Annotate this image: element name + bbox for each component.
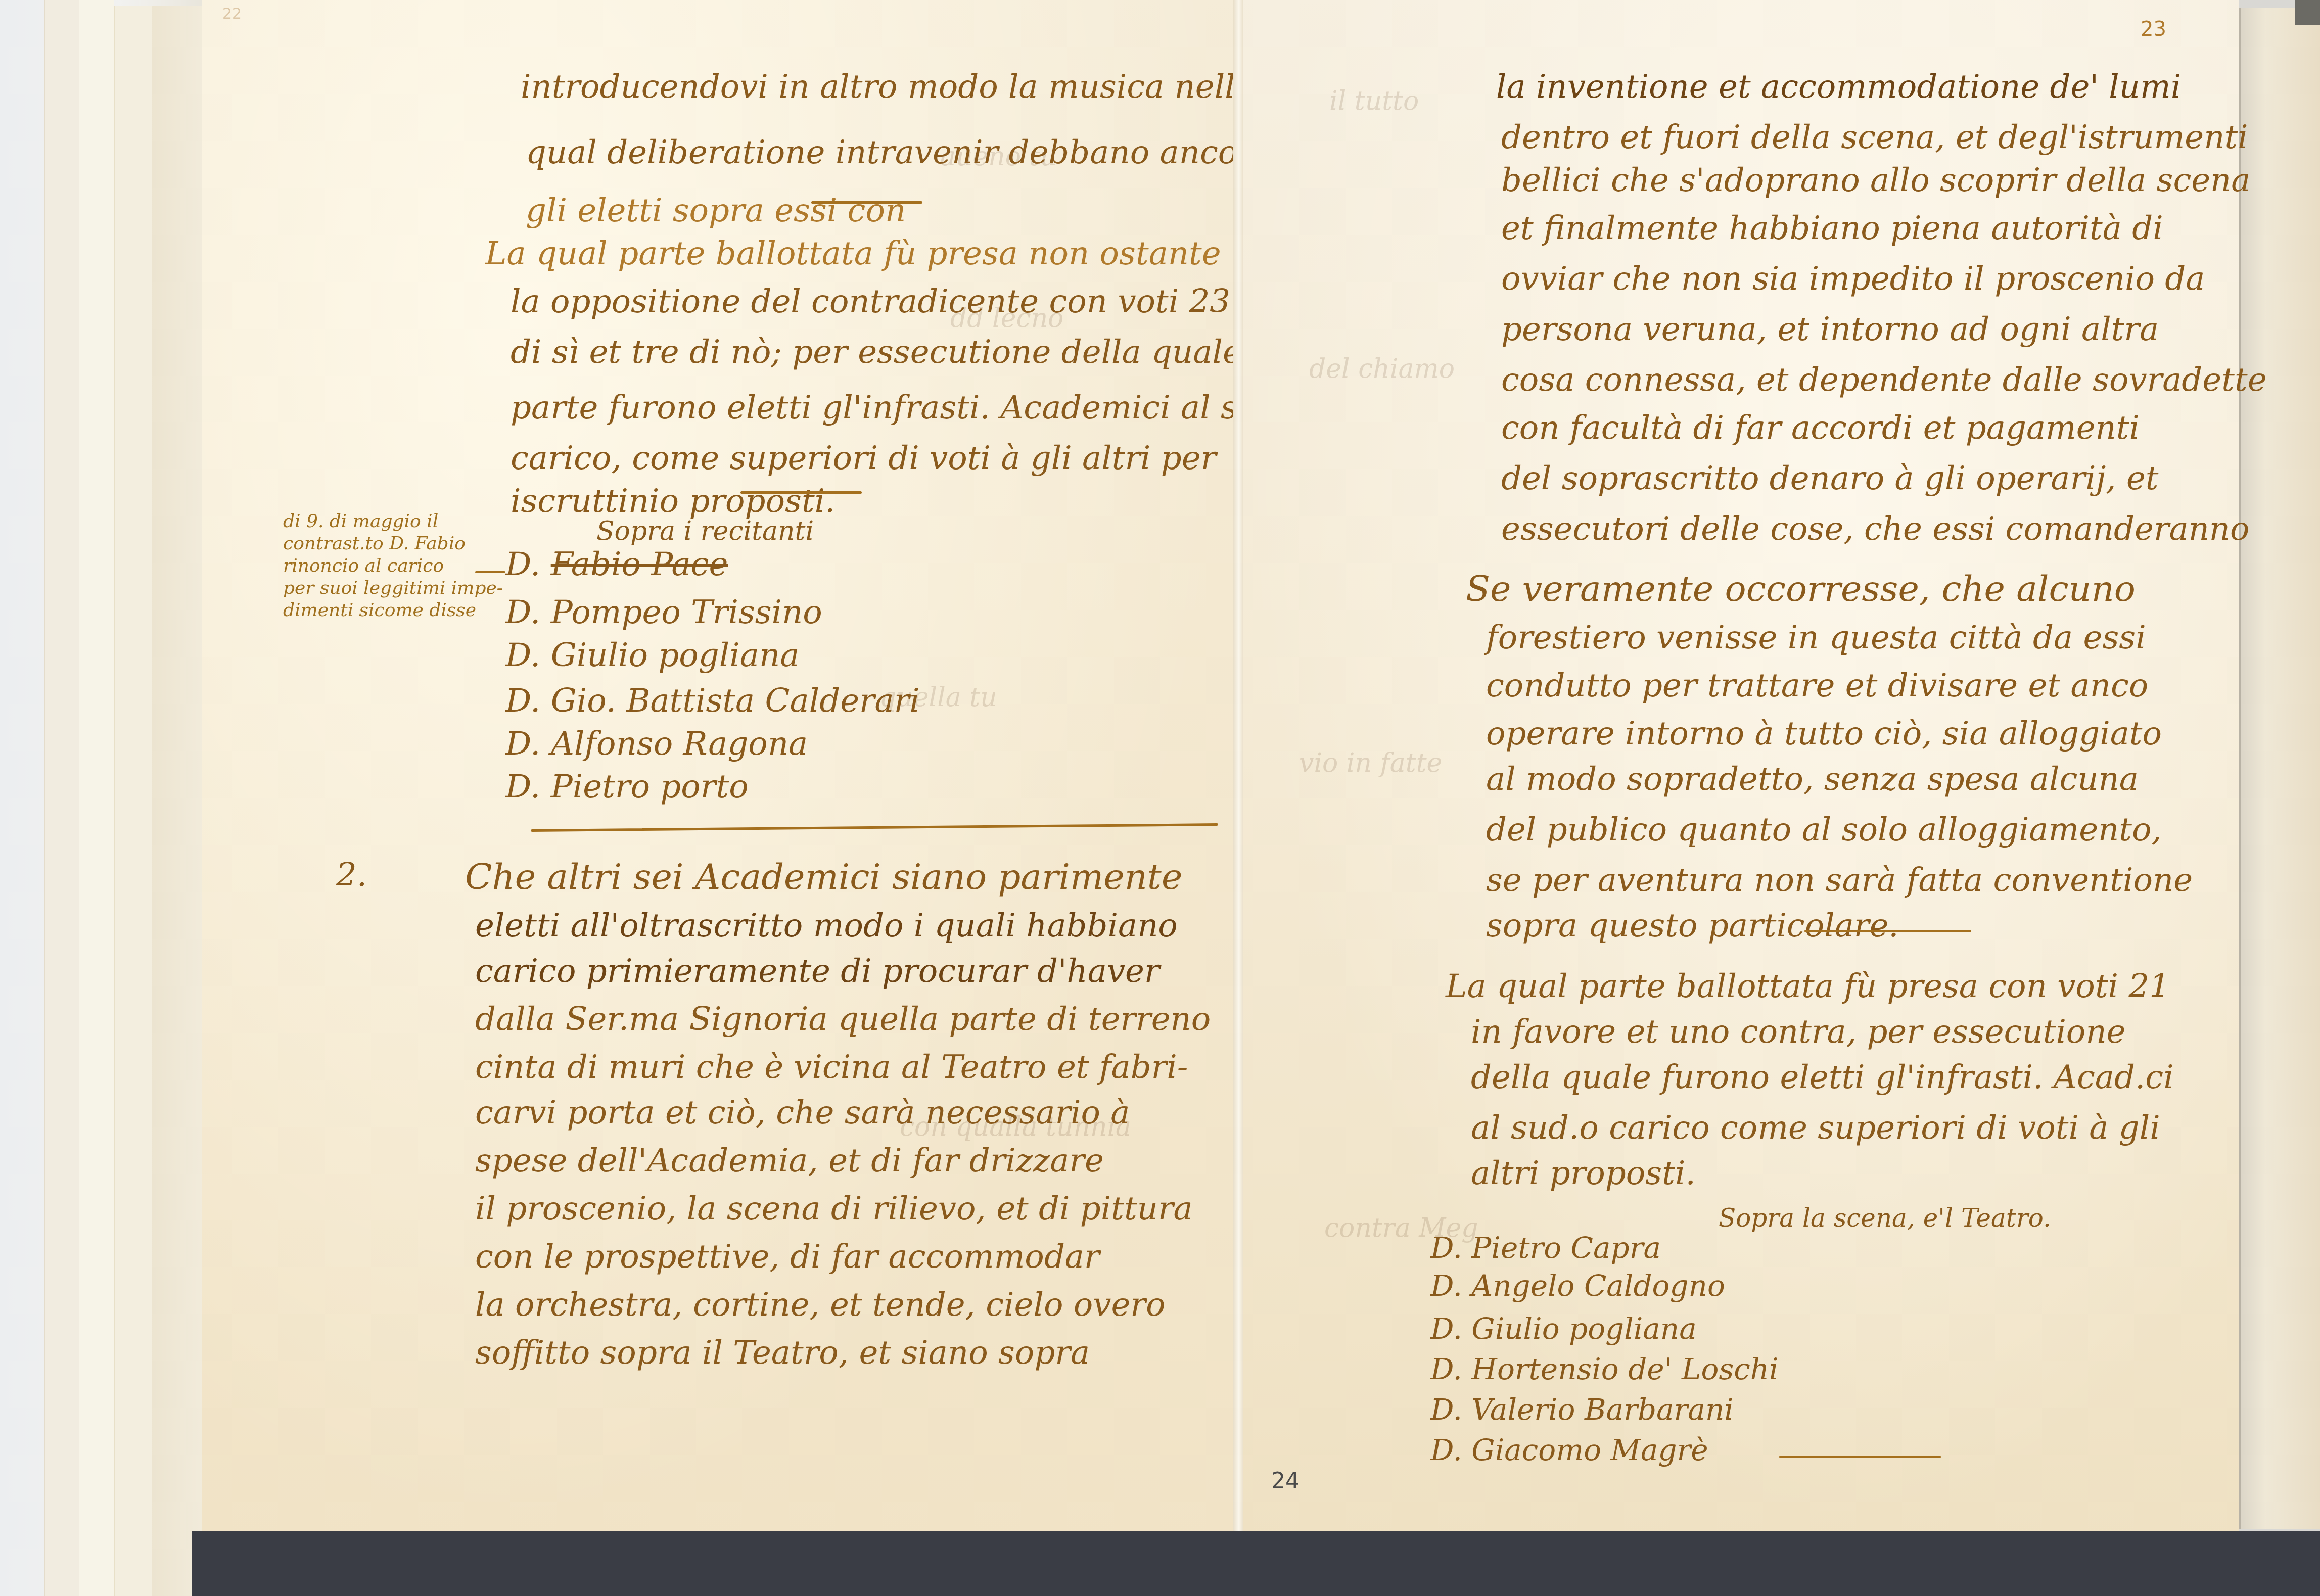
member-name: Giulio pogliana — [551, 637, 800, 674]
list-heading: Sopra i recitanti — [596, 518, 814, 544]
paragraph-line: condutto per trattare et divisare et anc… — [1486, 670, 2148, 702]
member-prefix: D. — [1430, 1311, 1462, 1346]
member-prefix: D. — [505, 682, 540, 720]
motion-line: La qual parte ballottata fù presa con vo… — [1446, 970, 2170, 1003]
section-line: soffitto sopra il Teatro, et siano sopra — [475, 1337, 1090, 1369]
body-line: con facultà di far accordi et pagamenti — [1501, 412, 2140, 444]
member-prefix: D. — [505, 594, 540, 631]
motion-line: iscruttinio proposti. — [511, 485, 835, 518]
left-page: 22 aueno tu dd lecno quella tu con quall… — [202, 0, 1234, 1531]
member-item: D. Giulio pogliana — [505, 639, 799, 672]
member-prefix: D. — [505, 546, 540, 583]
member-name: Giulio pogliana — [1471, 1311, 1696, 1346]
paragraph-line: forestiero venisse in questa città da es… — [1486, 622, 2146, 654]
body-line: la inventione et accommodatione de' lumi — [1496, 71, 2181, 103]
motion-line: altri proposti. — [1471, 1157, 1696, 1190]
motion-line: La qual parte ballottata fù presa non os… — [485, 238, 1221, 270]
member-name: Giacomo Magrè — [1471, 1433, 1708, 1467]
member-name: Pietro Capra — [1471, 1231, 1661, 1265]
member-item: D. Gio. Battista Calderari — [505, 685, 920, 717]
section-number: 2. — [336, 859, 367, 891]
body-line: introducendovi in altro modo la musica n… — [521, 71, 1255, 103]
section-line: carico primieramente di procurar d'haver — [475, 955, 1160, 988]
member-prefix: D. — [1430, 1392, 1462, 1427]
member-item: D. Alfonso Ragona — [505, 728, 808, 760]
body-line: dentro et fuori della scena, et degl'ist… — [1501, 121, 2248, 154]
mount-board — [79, 0, 114, 1596]
section-divider-rule — [531, 823, 1218, 832]
margin-note: di 9. di maggio il contrast.to D. Fabio … — [283, 510, 503, 622]
body-line: bellici che s'adoprano allo scoprir dell… — [1501, 164, 2250, 197]
paragraph-line: operare intorno à tutto ciò, sia alloggi… — [1486, 718, 2162, 750]
section-line: Che altri sei Academici siano parimente — [465, 859, 1182, 895]
pencil-folio-number: 24 — [1271, 1468, 1300, 1494]
member-prefix: D. — [505, 768, 540, 806]
body-line: et finalmente habbiano piena autorità di — [1501, 212, 2163, 245]
motion-line: parte furono eletti gl'infrasti. Academi… — [511, 392, 1309, 424]
motion-line: in favore et uno contra, per essecutione — [1471, 1016, 2125, 1048]
motion-line: al sud.o carico come superiori di voti à… — [1471, 1112, 2160, 1144]
margin-note-line: contrast.to D. Fabio — [283, 533, 503, 555]
left-page-number: 22 — [222, 5, 242, 23]
mount-edge — [44, 0, 80, 1596]
body-line: del soprascritto denaro à gli operarij, … — [1501, 462, 2159, 495]
motion-line: di sì et tre di nò; per essecutione dell… — [511, 336, 1242, 368]
body-line: essecutori delle cose, che essi comander… — [1501, 513, 2250, 545]
paragraph-line: se per aventura non sarà fatta conventio… — [1486, 864, 2193, 897]
margin-note-line: per suoi leggitimi impe- — [283, 577, 503, 599]
list-heading: Sopra la scena, e'l Teatro. — [1719, 1205, 2051, 1231]
right-page: 23 il tutto del chiamo vio in fatte cont… — [1243, 0, 2239, 1531]
member-prefix: D. — [505, 637, 540, 674]
section-line: il proscenio, la scena di rilievo, et di… — [475, 1193, 1193, 1225]
margin-pointer-line — [475, 571, 505, 573]
paragraph-line: sopra questo particolare. — [1486, 910, 1899, 942]
member-name-struck: Fabio Pace — [551, 546, 728, 583]
body-line: gli eletti sopra essi con — [526, 195, 906, 227]
motion-line: della quale furono eletti gl'infrasti. A… — [1471, 1061, 2174, 1094]
margin-note-line: rinoncio al carico — [283, 555, 503, 577]
section-line: carvi porta et ciò, che sarà necessario … — [475, 1097, 1130, 1129]
member-item: D. Giacomo Magrè — [1430, 1435, 1708, 1465]
member-prefix: D. — [505, 725, 540, 763]
right-page-number: 23 — [2141, 18, 2166, 41]
member-prefix: D. — [1430, 1231, 1462, 1265]
body-line: qual deliberatione intravenir debbano an… — [526, 136, 1237, 169]
member-prefix: D. — [1430, 1352, 1462, 1386]
guard-strip — [114, 6, 153, 1596]
margin-note-line: di 9. di maggio il — [283, 510, 503, 533]
body-line: ovviar che non sia impedito il proscenio… — [1501, 263, 2205, 295]
section-line: con le prospettive, di far accommodar — [475, 1241, 1100, 1273]
member-name: Valerio Barbarani — [1471, 1392, 1734, 1427]
member-name: Angelo Caldogno — [1471, 1269, 1725, 1303]
paragraph-line: al modo sopradetto, senza spesa alcuna — [1486, 763, 2139, 795]
member-name: Pietro porto — [551, 768, 749, 806]
body-line: cosa connessa, et dependente dalle sovra… — [1501, 364, 2267, 396]
member-item: D. Fabio Pace — [505, 548, 728, 581]
line-filler-rule — [1779, 1456, 1941, 1458]
member-prefix: D. — [1430, 1433, 1462, 1467]
member-item: D. Pietro Capra — [1430, 1233, 1661, 1262]
member-item: D. Hortensio de' Loschi — [1430, 1354, 1779, 1384]
member-name: Gio. Battista Calderari — [551, 682, 920, 720]
book-gutter — [1233, 0, 1244, 1531]
bottom-board — [192, 1531, 2320, 1596]
line-filler-rule — [740, 491, 862, 494]
line-filler-rule — [811, 201, 922, 204]
section-line: cinta di muri che è vicina al Teatro et … — [475, 1051, 1188, 1084]
section-line: spese dell'Academia, et di far drizzare — [475, 1145, 1104, 1177]
motion-line: carico, come superiori di voti à gli alt… — [511, 442, 1216, 475]
motion-line: la oppositione del contradicente con vot… — [511, 286, 1230, 318]
member-item: D. Giulio pogliana — [1430, 1314, 1697, 1343]
margin-note-line: dimenti sicome disse — [283, 599, 503, 622]
section-line: dalla Ser.ma Signoria quella parte di te… — [475, 1003, 1211, 1036]
member-item: D. Valerio Barbarani — [1430, 1395, 1734, 1424]
member-item: D. Pompeo Trissino — [505, 596, 822, 629]
member-prefix: D. — [1430, 1269, 1462, 1303]
section-line: la orchestra, cortine, et tende, cielo o… — [475, 1289, 1165, 1321]
paragraph-line: del publico quanto al solo alloggiamento… — [1486, 814, 2162, 846]
line-filler-rule — [1804, 930, 1971, 932]
member-name: Pompeo Trissino — [551, 594, 822, 631]
section-line: eletti all'oltrascritto modo i quali hab… — [475, 910, 1178, 942]
member-item: D. Angelo Caldogno — [1430, 1271, 1725, 1300]
member-item: D. Pietro porto — [505, 771, 749, 803]
body-line: persona veruna, et intorno ad ogni altra — [1501, 313, 2159, 346]
member-name: Alfonso Ragona — [551, 725, 808, 763]
page-stack-right — [2239, 8, 2320, 1529]
corner-shadow — [2295, 0, 2320, 25]
member-name: Hortensio de' Loschi — [1471, 1352, 1778, 1386]
paragraph-line: Se veramente occorresse, che alcuno — [1466, 571, 2136, 606]
page-stack-left — [152, 6, 207, 1596]
